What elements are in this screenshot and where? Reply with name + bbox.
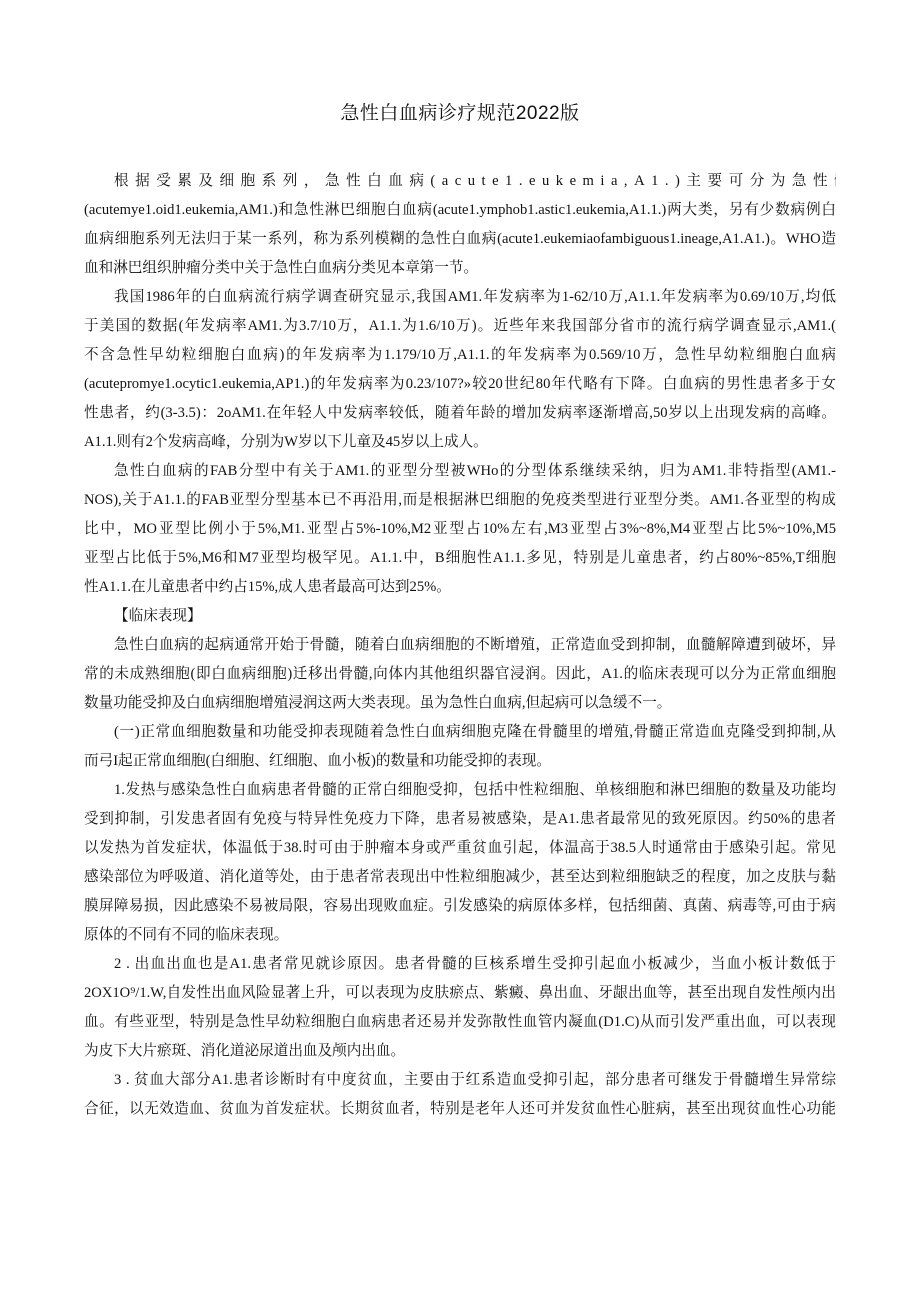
section-heading-clinical: 【临床表现】	[84, 602, 836, 631]
text-line: (acutemye1.oid1.eukemia,AM1.)和急性淋巴细胞白血病(…	[84, 196, 836, 225]
text-line: 血病细胞系列无法归于某一系列，称为系列模糊的急性白血病(acute1.eukem…	[84, 225, 836, 254]
paragraph-epidemiology: 我国1986年的白血病流行病学调查研究显示,我国AM1.年发病率为1-62/10…	[84, 283, 836, 457]
document-title: 急性白血病诊疗规范2022版	[84, 98, 836, 125]
text-line: 不含急性早幼粒细胞白血病)的年发病率为1.179/10万,A1.1.的年发病率为…	[84, 341, 836, 370]
paragraph-fab-subtypes: 急性白血病的FAB分型中有关于AM1.的亚型分型被WHo的分型体系继续采纳，归为…	[84, 457, 836, 602]
text-line: 1.发热与感染急性白血病患者骨髓的正常白细胞受抑，包括中性粒细胞、单核细胞和淋巴…	[84, 776, 836, 805]
document-body: 根据受累及细胞系列，急性白血病(acute1.eukemia,A1.)主要可分为…	[84, 167, 836, 1124]
paragraph-onset: 急性白血病的起病通常开始于骨髓，随着白血病细胞的不断增殖，正常造血受到抑制，血髓…	[84, 631, 836, 718]
text-line: 而弓I起正常血细胞(白细胞、红细胞、血小板)的数量和功能受抑的表现。	[84, 747, 836, 776]
text-line: 为皮下大片瘀斑、消化道泌尿道出血及颅内出血。	[84, 1037, 836, 1066]
text-line: 数量功能受抑及白血病细胞增殖浸润这两大类表现。虽为急性白血病,但起病可以急缓不一…	[84, 689, 836, 718]
text-line: 性A1.1.在儿童患者中约占15%,成人患者最高可达到25%。	[84, 573, 836, 602]
paragraph-bleeding: 2 . 出血出血也是A1.患者常见就诊原因。患者骨髓的巨核系增生受抑引起血小板减…	[84, 950, 836, 1066]
text-line: 于美国的数据(年发病率AM1.为3.7/10万，A1.1.为1.6/10万)。近…	[84, 312, 836, 341]
text-line: 以发热为首发症状，体温低于38.时可由于肿瘤本身或严重贫血引起，体温高于38.5…	[84, 834, 836, 863]
paragraph-fever-infection: 1.发热与感染急性白血病患者骨髓的正常白细胞受抑，包括中性粒细胞、单核细胞和淋巴…	[84, 776, 836, 950]
text-line: 受到抑制，引发患者固有免疫与特异性免疫力下降，患者易被感染，是A1.患者最常见的…	[84, 805, 836, 834]
text-line: 根据受累及细胞系列，急性白血病(acute1.eukemia,A1.)主要可分为…	[84, 167, 836, 196]
text-line: 3 . 贫血大部分A1.患者诊断时有中度贫血，主要由于红系造血受抑引起，部分患者…	[84, 1066, 836, 1095]
paragraph-anemia: 3 . 贫血大部分A1.患者诊断时有中度贫血，主要由于红系造血受抑引起，部分患者…	[84, 1066, 836, 1124]
paragraph-suppression: (一)正常血细胞数量和功能受抑表现随着急性白血病细胞克隆在骨髓里的增殖,骨髓正常…	[84, 718, 836, 776]
text-line: 常的未成熟细胞(即白血病细胞)迁移出骨髓,向体内其他组织器官浸润。因此，A1.的…	[84, 660, 836, 689]
text-line: 血。有些亚型，特别是急性早幼粒细胞白血病患者还易并发弥散性血管内凝血(D1.C)…	[84, 1008, 836, 1037]
text-line: 比中，MO亚型比例小于5%,M1.亚型占5%-10%,M2亚型占10%左右,M3…	[84, 515, 836, 544]
text-line: 合征，以无效造血、贫血为首发症状。长期贫血者，特别是老年人还可并发贫血性心脏病，…	[84, 1095, 836, 1124]
text-line: (一)正常血细胞数量和功能受抑表现随着急性白血病细胞克隆在骨髓里的增殖,骨髓正常…	[84, 718, 836, 747]
text-line: 急性白血病的FAB分型中有关于AM1.的亚型分型被WHo的分型体系继续采纳，归为…	[84, 457, 836, 486]
text-line: 2 . 出血出血也是A1.患者常见就诊原因。患者骨髓的巨核系增生受抑引起血小板减…	[84, 950, 836, 979]
text-line: 急性白血病的起病通常开始于骨髓，随着白血病细胞的不断增殖，正常造血受到抑制，血髓…	[84, 631, 836, 660]
text-line: 膜屏障易损，因此感染不易被局限，容易出现败血症。引发感染的病原体多样，包括细菌、…	[84, 892, 836, 921]
text-line: NOS),关于A1.1.的FAB亚型分型基本已不再沿用,而是根据淋巴细胞的免疫类…	[84, 486, 836, 515]
text-line: 血和淋巴组织肿瘤分类中关于急性白血病分类见本章第一节。	[84, 254, 836, 283]
text-line: 感染部位为呼吸道、消化道等处，由于患者常表现出中性粒细胞减少，甚至达到粒细胞缺乏…	[84, 863, 836, 892]
text-line: (acutepromye1.ocytic1.eukemia,AP1.)的年发病率…	[84, 370, 836, 399]
text-line: 2OX1O⁹/1.W,自发性出血风险显著上升，可以表现为皮肤瘀点、紫癜、鼻出血、…	[84, 979, 836, 1008]
text-line: A1.1.则有2个发病高峰，分别为W岁以下儿童及45岁以上成人。	[84, 428, 836, 457]
text-line: 原体的不同有不同的临床表现。	[84, 921, 836, 950]
paragraph-classification: 根据受累及细胞系列，急性白血病(acute1.eukemia,A1.)主要可分为…	[84, 167, 836, 283]
text-line: 性患者，约(3-3.5)：2oAM1.在年轻人中发病率较低，随着年龄的增加发病率…	[84, 399, 836, 428]
text-line: 我国1986年的白血病流行病学调查研究显示,我国AM1.年发病率为1-62/10…	[84, 283, 836, 312]
text-line: 亚型占比低于5%,M6和M7亚型均极罕见。A1.1.中，B细胞性A1.1.多见，…	[84, 544, 836, 573]
